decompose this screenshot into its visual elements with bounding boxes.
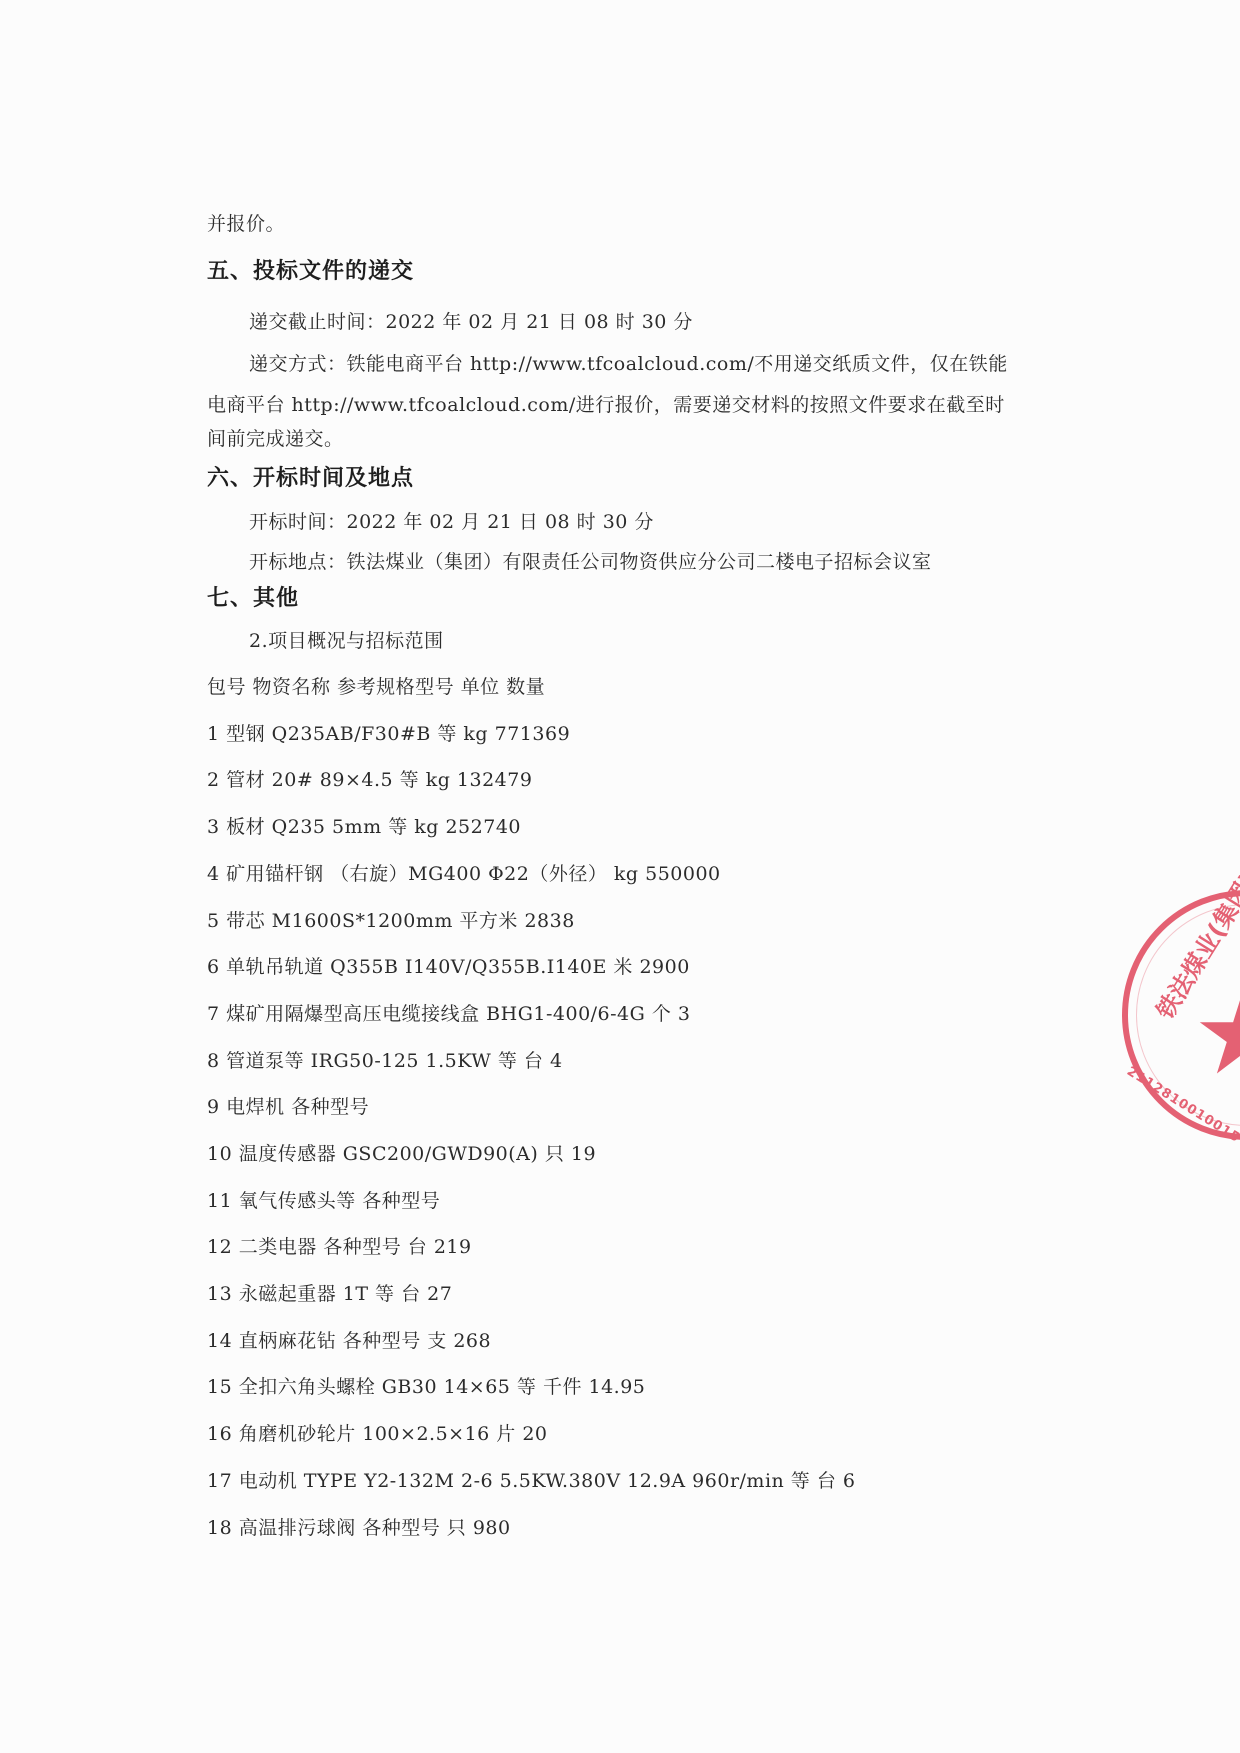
list-item: 15 全扣六角头螺栓 GB30 14×65 等 千件 14.95 — [207, 1375, 645, 1399]
star-icon — [1198, 988, 1240, 1078]
list-item: 2 管材 20# 89×4.5 等 kg 132479 — [207, 768, 532, 792]
list-item: 14 直柄麻花钻 各种型号 支 268 — [207, 1329, 491, 1353]
list-item: 10 温度传感器 GSC200/GWD90(A) 只 19 — [207, 1142, 596, 1166]
items-header: 包号 物资名称 参考规格型号 单位 数量 — [207, 675, 545, 699]
list-item: 9 电焊机 各种型号 — [207, 1095, 369, 1119]
list-item: 11 氧气传感头等 各种型号 — [207, 1189, 440, 1213]
section-heading-submission: 五、投标文件的递交 — [207, 258, 414, 286]
document-page: 并报价。 五、投标文件的递交 递交截止时间：2022 年 02 月 21 日 0… — [0, 0, 1240, 1753]
section-heading-other: 七、其他 — [207, 585, 299, 613]
list-item: 16 角磨机砂轮片 100×2.5×16 片 20 — [207, 1422, 548, 1446]
submission-deadline: 递交截止时间：2022 年 02 月 21 日 08 时 30 分 — [249, 310, 693, 334]
list-item: 8 管道泵等 IRG50-125 1.5KW 等 台 4 — [207, 1049, 563, 1073]
list-item: 5 带芯 M1600S*1200mm 平方米 2838 — [207, 909, 575, 933]
project-overview-label: 2.项目概况与招标范围 — [249, 629, 444, 653]
submission-method-line-3: 间前完成递交。 — [207, 427, 344, 451]
section-heading-opening: 六、开标时间及地点 — [207, 465, 414, 493]
list-item: 6 单轨吊轨道 Q355B I140V/Q355B.I140E 米 2900 — [207, 955, 690, 979]
opening-location: 开标地点：铁法煤业（集团）有限责任公司物资供应分公司二楼电子招标会议室 — [249, 550, 932, 574]
list-item: 1 型钢 Q235AB/F30#B 等 kg 771369 — [207, 722, 570, 746]
list-item: 13 永磁起重器 1T 等 台 27 — [207, 1282, 452, 1306]
company-seal: 铁法煤业(集团)有 2112810010015 — [1122, 890, 1240, 1140]
list-item: 17 电动机 TYPE Y2-132M 2-6 5.5KW.380V 12.9A… — [207, 1469, 855, 1493]
list-item: 18 高温排污球阀 各种型号 只 980 — [207, 1516, 511, 1540]
submission-method-line-1: 递交方式：铁能电商平台 http://www.tfcoalcloud.com/不… — [249, 352, 1008, 376]
continuation-text: 并报价。 — [207, 212, 285, 236]
list-item: 7 煤矿用隔爆型高压电缆接线盒 BHG1-400/6-4G 个 3 — [207, 1002, 691, 1026]
list-item: 12 二类电器 各种型号 台 219 — [207, 1235, 472, 1259]
list-item: 4 矿用锚杆钢 （右旋）MG400 Φ22（外径） kg 550000 — [207, 862, 721, 886]
submission-method-line-2: 电商平台 http://www.tfcoalcloud.com/进行报价，需要递… — [207, 393, 1005, 417]
opening-time: 开标时间：2022 年 02 月 21 日 08 时 30 分 — [249, 510, 654, 534]
list-item: 3 板材 Q235 5mm 等 kg 252740 — [207, 815, 521, 839]
